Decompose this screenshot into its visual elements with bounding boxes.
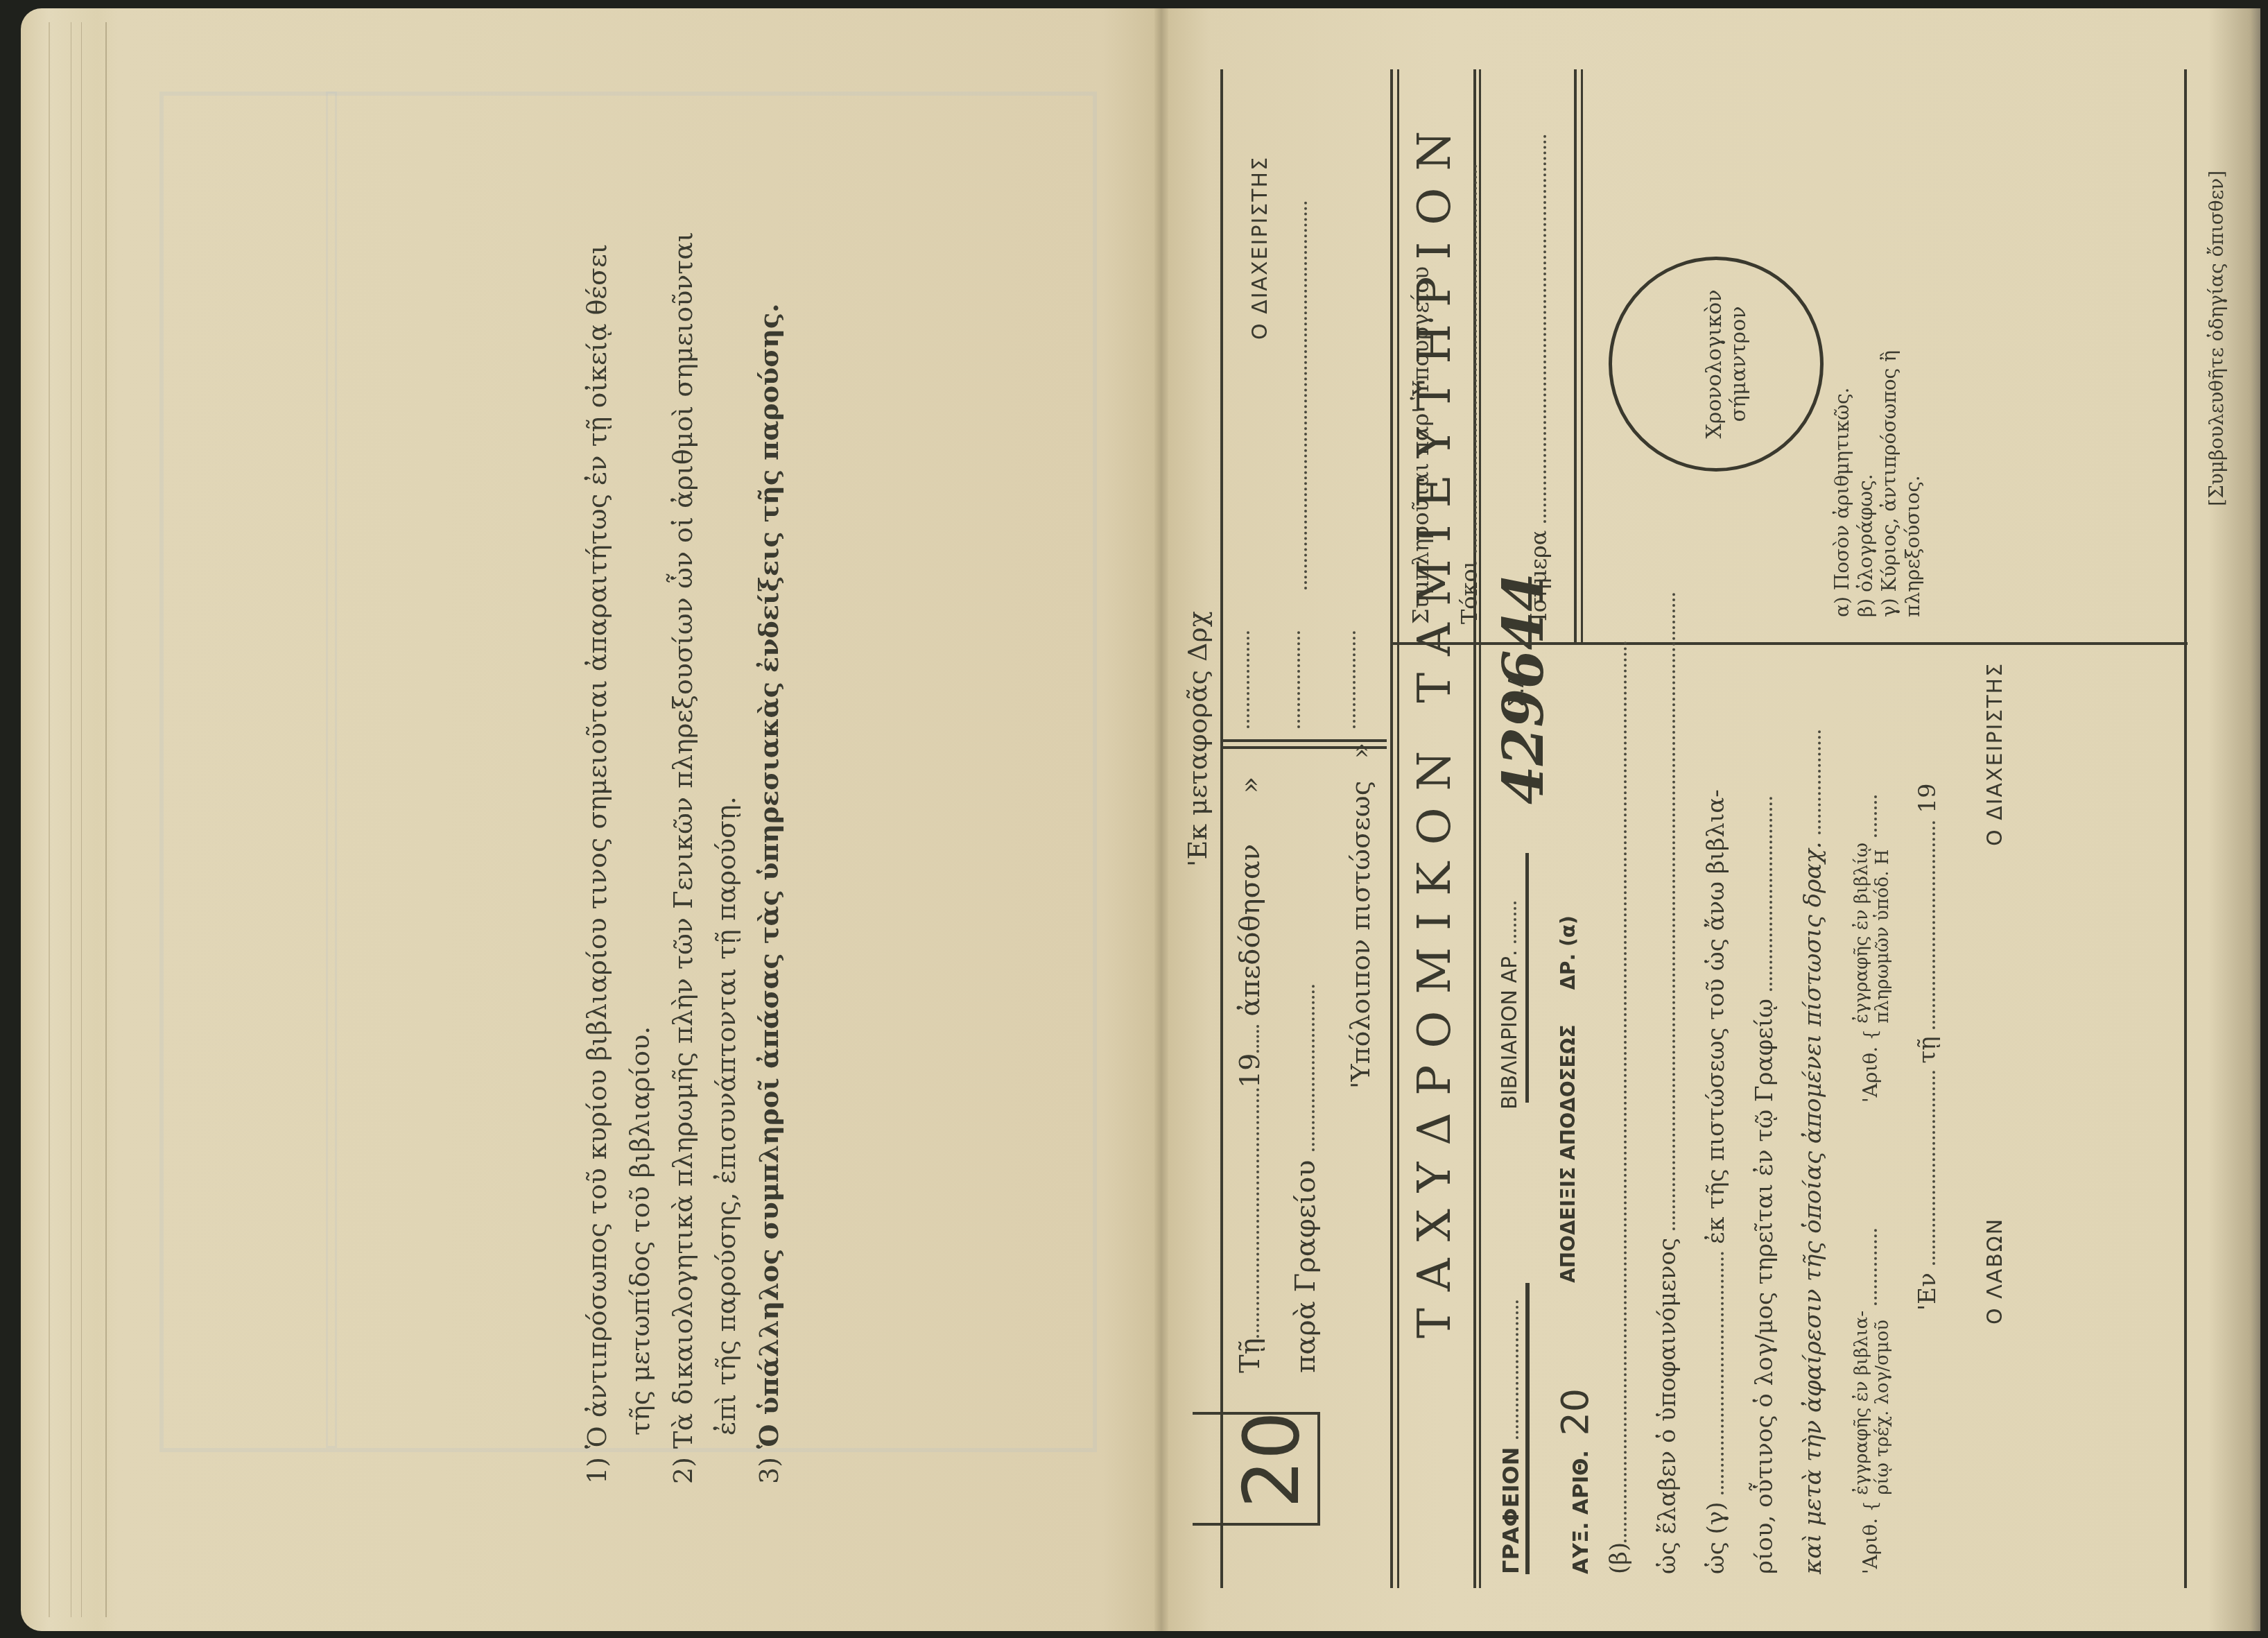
- frame-left-rule: [1220, 69, 1223, 1588]
- instruction-1: 1) Ὁ ἀντιπρόσωπος τοῦ κυρίου βιβλιαρίου …: [575, 125, 618, 1484]
- balance-amount-dots: [1345, 631, 1358, 728]
- ref-field: ΑΥΞ. ΑΡΙΘ. 20: [1553, 1388, 1597, 1574]
- entry-ledger-left: 'Αριθ. { ἐγγραφῆς ἐν βιβλια-ρίῳ τρέχ. λο…: [1851, 1229, 1893, 1574]
- box-rule: [1317, 1412, 1320, 1526]
- dividend-line: Ἰσήμερα: [1525, 135, 1552, 624]
- date-line: Τῇ19 ἀπεδόθησαν »: [1234, 777, 1266, 1373]
- frame-right-rule: [2184, 69, 2187, 1588]
- date-place-line: 'Εν τῇ 19: [1914, 783, 1941, 1311]
- ministry-divider: [1390, 642, 2188, 645]
- ministry-note: Συμπληροῦται παρ' Ὑπουργείου: [1408, 266, 1434, 624]
- form-line-remaining: καὶ μετὰ τὴν ἀφαίρεσιν τῆς ὁποίας ἀπομέν…: [1799, 730, 1827, 1574]
- office-field: ΓΡΑΦΕΙΟΝ: [1498, 1300, 1524, 1574]
- page-edges: [49, 22, 107, 1617]
- interest-line: Τόκοι: [1456, 164, 1482, 624]
- form-line-account: ρίου, οὗτινος ὁ λογ/μος τηρεῖται ἐν τῷ Γ…: [1751, 797, 1778, 1574]
- ministry-rule-2: [1581, 69, 1583, 645]
- manager-signature-bottom: Ο ΔΙΑΧΕΙΡΙΣΤΗΣ: [1983, 662, 2007, 846]
- bleed-through-rule: [326, 92, 337, 1448]
- office-underline: [1525, 1283, 1530, 1574]
- form-line-c: ὡς (γ) ἐκ τῆς πιστώσεως τοῦ ὡς ἄνω βιβλι…: [1702, 789, 1730, 1574]
- instruction-2-cont: ἐπὶ τῆς παρούσης, ἐπισυνάπτονται τῇ παρο…: [704, 125, 747, 1484]
- form-line-received: ὡς ἔλαβεν ὁ ὑποφαινόμενος: [1654, 592, 1681, 1574]
- carry-over-label: 'Εκ μεταφορᾶς Δρχ: [1182, 611, 1213, 867]
- returned-amount-dots: [1290, 631, 1303, 728]
- booklet-field: ΒΙΒΛΙΑΡΙΟΝ ΑΡ.: [1498, 902, 1522, 1110]
- booklet-underline: [1525, 853, 1529, 1103]
- date-stamp-text: Χρονολογικὸν σήμαντρον: [1612, 260, 1820, 468]
- receiver-signature: Ο ΛΑΒΩΝ: [1983, 1218, 2007, 1325]
- withdrawal-receipt-form: 20 Τῇ19 ἀπεδόθησαν » 'Εκ μεταφορᾶς Δρχ π…: [1220, 69, 2205, 1588]
- title-rule: [1390, 69, 1393, 1588]
- instruction-1-cont: τῆς μετωπίδος τοῦ βιβλιαρίου.: [618, 125, 661, 1484]
- top-divider: [1220, 746, 1387, 749]
- office-from-line: παρὰ Γραφείου: [1290, 985, 1322, 1373]
- instructions-block: 1) Ὁ ἀντιπρόσωπος τοῦ κυρίου βιβλιαρίου …: [575, 125, 804, 1484]
- slip-number: 20: [1227, 1411, 1316, 1508]
- entry-ledger-right: 'Αριθ. { ἐγγραφῆς ἐν βιβλίῳπληρωμῶν ὑπόδ…: [1851, 795, 1893, 1103]
- balance-label: 'Υπόλοιπον πιστώσεως »: [1345, 743, 1376, 1089]
- margin-note: [Συμβουλευθῆτε ὁδηγίας ὄπισθεν]: [2205, 171, 2228, 506]
- instruction-3: 3) Ὁ ὑπάλληλος συμπληροῖ ἀπάσας τὰς ὑπηρ…: [747, 125, 790, 1484]
- instruction-2: 2) Τὰ δικαιολογητικὰ πληρωμῆς πλὴν τῶν Γ…: [661, 125, 704, 1484]
- date-stamp: Χρονολογικὸν σήμαντρον: [1609, 257, 1824, 472]
- ministry-rule: [1574, 69, 1577, 645]
- spine: [1154, 8, 1168, 1631]
- manager-signature-top: Ο ΔΙΑΧΕΙΡΙΣΤΗΣ: [1248, 156, 1272, 340]
- footnotes: α) Ποσὸν ἀριθμητικῶς. β) ὁλογράφως. γ) Κ…: [1830, 350, 1925, 617]
- receipt-heading: ΑΠΟΔΕΙΞΙΣ ΑΠΟΔΟΣΕΩΣ ΔΡ. (α): [1557, 915, 1579, 1283]
- title-rule-2: [1397, 69, 1399, 1588]
- top-divider-2: [1220, 739, 1387, 742]
- carry-amount-dots: [1234, 631, 1254, 728]
- box-rule: [1193, 1523, 1317, 1526]
- form-line-b: (β): [1605, 641, 1633, 1574]
- manager-signature-dots: [1297, 201, 1310, 589]
- series-label: Σ.Α: [1505, 673, 1529, 707]
